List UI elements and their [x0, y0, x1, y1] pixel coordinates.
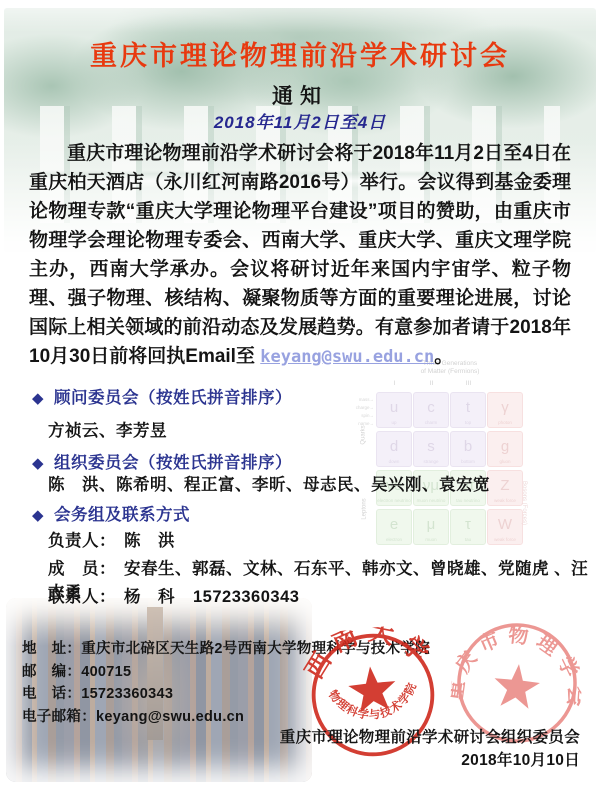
particle-cell-top: ttop: [450, 392, 486, 428]
sm-generation-columns: I II III: [376, 380, 487, 387]
contact-phone: 15723360343: [193, 588, 299, 606]
particle-cell-weak-force: Zweak force: [487, 470, 523, 506]
diamond-bullet-icon: ◆: [32, 507, 44, 524]
particle-cell-strange: sstrange: [413, 431, 449, 467]
particle-cell-charm: ccharm: [413, 392, 449, 428]
particle-cell-photon: γphoton: [487, 392, 523, 428]
page-title: 重庆市理论物理前沿学术研讨会: [0, 34, 600, 73]
sm-label-bosons: Bosons (Forces): [521, 481, 527, 525]
email-link[interactable]: keyang@swu.edu.cn: [260, 347, 434, 367]
diamond-bullet-icon: ◆: [32, 455, 44, 472]
particle-cell-gluon: ggluon: [487, 431, 523, 467]
signature-org: 重庆市理论物理前沿学术研讨会组织委员会: [280, 726, 580, 749]
section-heading-organizing: ◆组织委员会（按姓氏拼音排序）: [32, 449, 292, 473]
particle-cell-muon: μmuon: [413, 509, 449, 545]
staff-leader-line: 负责人：陈 洪: [48, 527, 175, 551]
particle-cell-down: ddown: [376, 431, 412, 467]
sm-annotations: mass→ charge→ spin→ name→: [350, 396, 374, 428]
section-heading-staff: ◆会务组及联系方式: [32, 501, 190, 525]
body-paragraph: 重庆市理论物理前沿学术研讨会将于2018年11月2日至4日在重庆柏天酒店（永川红…: [29, 139, 571, 372]
event-date: 2018年11月2日至4日: [0, 108, 600, 133]
sm-grid: uupccharmttopγphotonddownsstrangebbottom…: [376, 392, 524, 545]
notice-page: 重庆市理论物理前沿学术研讨会 通知 2018年11月2日至4日 重庆市理论物理前…: [0, 0, 600, 788]
signature-block: 重庆市理论物理前沿学术研讨会组织委员会 2018年10月10日: [280, 726, 580, 772]
section-heading-advisory: ◆顾问委员会（按姓氏拼音排序）: [32, 384, 292, 408]
diamond-bullet-icon: ◆: [32, 390, 44, 407]
body-text-after-email: 。: [434, 346, 453, 367]
organizing-members: 陈 洪、陈希明、程正富、李昕、母志民、吴兴刚、袁宏宽: [48, 471, 490, 495]
svg-text:重庆市物理学会: 重庆市物理学会: [446, 617, 589, 715]
sm-label-leptons: Leptons: [362, 498, 368, 519]
particle-cell-bottom: bbottom: [450, 431, 486, 467]
staff-contact-line: 联系人：杨 科15723360343: [48, 583, 299, 607]
particle-cell-up: uup: [376, 392, 412, 428]
sm-label-quarks: Quarks: [361, 425, 367, 444]
star-icon: [492, 662, 542, 710]
signature-date: 2018年10月10日: [280, 749, 580, 772]
standard-model-watermark: Three Generationsof Matter (Fermions) I …: [350, 360, 550, 556]
advisory-members: 方祯云、李芳昱: [48, 417, 167, 441]
body-text-before-email: 重庆市理论物理前沿学术研讨会将于2018年11月2日至4日在重庆柏天酒店（永川红…: [29, 143, 571, 367]
particle-cell-tau: τtau: [450, 509, 486, 545]
particle-cell-weak-force: Wweak force: [487, 509, 523, 545]
notice-heading: 通知: [0, 80, 600, 110]
particle-cell-electron: eelectron: [376, 509, 412, 545]
